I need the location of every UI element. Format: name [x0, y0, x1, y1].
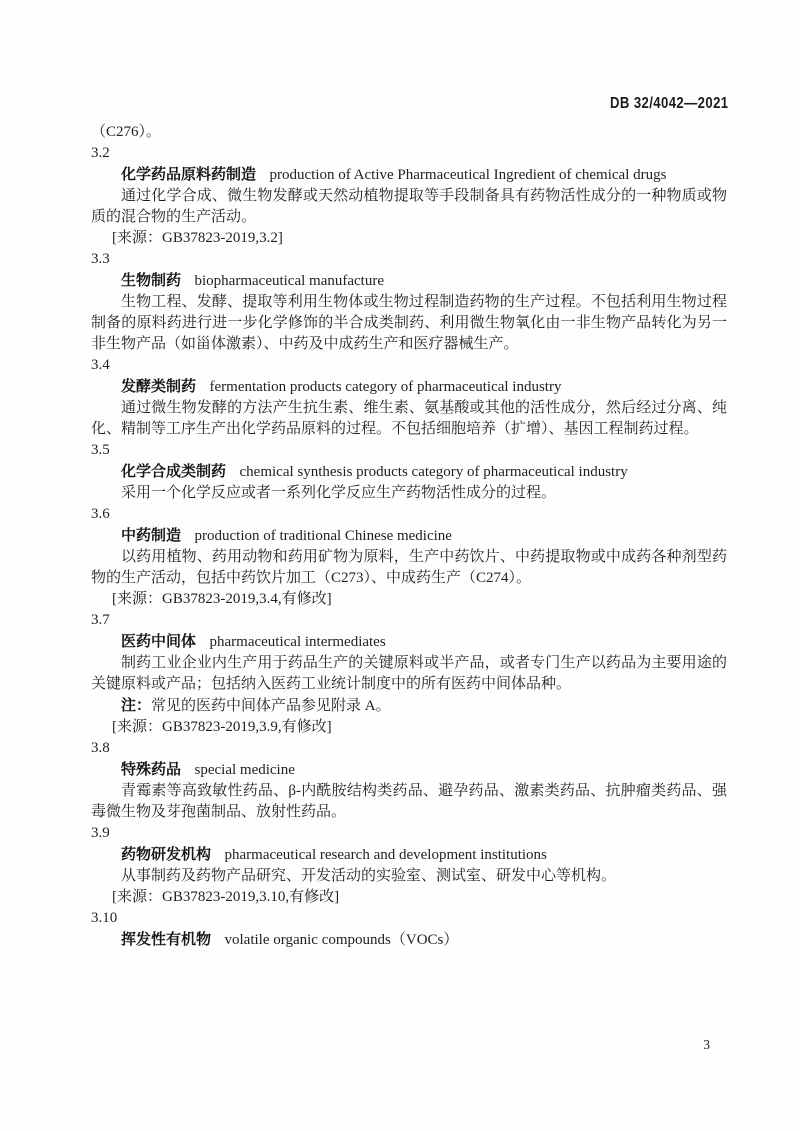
section-number: 3.4	[91, 355, 727, 376]
source-line: [来源：GB37823-2019,3.10,有修改]	[91, 887, 727, 908]
term-chinese: 中药制造	[121, 527, 181, 544]
term-section: 3.4 发酵类制药fermentation products category …	[91, 355, 727, 440]
term-english: chemical synthesis products category of …	[240, 464, 628, 480]
term-section: 3.3 生物制药biopharmaceutical manufacture 生物…	[91, 249, 727, 355]
term-chinese: 药物研发机构	[121, 846, 211, 863]
term-chinese: 化学合成类制药	[121, 463, 226, 480]
source-line: [来源：GB37823-2019,3.4,有修改]	[91, 589, 727, 610]
source-line: [来源：GB37823-2019,3.2]	[91, 228, 727, 249]
term-chinese: 特殊药品	[121, 761, 181, 778]
term-line: 挥发性有机物volatile organic compounds（VOCs）	[91, 929, 727, 951]
section-number: 3.3	[91, 249, 727, 270]
definition-paragraph: 以药用植物、药用动物和药用矿物为原料，生产中药饮片、中药提取物或中成药各种剂型药…	[91, 547, 727, 589]
section-paragraphs: 通过化学合成、微生物发酵或天然动植物提取等手段制备具有药物活性成分的一种物质或物…	[91, 186, 727, 249]
source-line: [来源：GB37823-2019,3.9,有修改]	[91, 717, 727, 738]
term-english: pharmaceutical research and development …	[225, 847, 547, 863]
term-section: 3.9 药物研发机构pharmaceutical research and de…	[91, 823, 727, 908]
term-line: 发酵类制药fermentation products category of p…	[91, 376, 727, 398]
page-content: （C276）。 3.2 化学药品原料药制造production of Activ…	[91, 122, 727, 951]
definition-paragraph: 采用一个化学反应或者一系列化学反应生产药物活性成分的过程。	[91, 483, 727, 504]
section-number: 3.10	[91, 908, 727, 929]
section-paragraphs: 通过微生物发酵的方法产生抗生素、维生素、氨基酸或其他的活性成分，然后经过分离、纯…	[91, 398, 727, 440]
term-chinese: 生物制药	[121, 272, 181, 289]
term-line: 生物制药biopharmaceutical manufacture	[91, 270, 727, 292]
term-line: 药物研发机构pharmaceutical research and develo…	[91, 844, 727, 866]
term-section: 3.10 挥发性有机物volatile organic compounds（VO…	[91, 908, 727, 951]
term-section: 3.7 医药中间体pharmaceutical intermediates 制药…	[91, 610, 727, 738]
section-number: 3.9	[91, 823, 727, 844]
definition-paragraph: 生物工程、发酵、提取等利用生物体或生物过程制造药物的生产过程。不包括利用生物过程…	[91, 292, 727, 355]
term-chinese: 化学药品原料药制造	[121, 166, 256, 183]
term-line: 化学合成类制药chemical synthesis products categ…	[91, 461, 727, 483]
section-paragraphs: 以药用植物、药用动物和药用矿物为原料，生产中药饮片、中药提取物或中成药各种剂型药…	[91, 547, 727, 610]
term-chinese: 医药中间体	[121, 633, 196, 650]
note-label: 注：	[121, 697, 151, 714]
definition-paragraph: 通过化学合成、微生物发酵或天然动植物提取等手段制备具有药物活性成分的一种物质或物…	[91, 186, 727, 228]
term-line: 医药中间体pharmaceutical intermediates	[91, 631, 727, 653]
term-line: 中药制造production of traditional Chinese me…	[91, 525, 727, 547]
standard-code-header: DB 32/4042—2021	[610, 95, 728, 113]
term-english: production of Active Pharmaceutical Ingr…	[270, 167, 667, 183]
term-line: 特殊药品special medicine	[91, 759, 727, 781]
terms-sections: 3.2 化学药品原料药制造production of Active Pharma…	[91, 143, 727, 951]
term-chinese: 挥发性有机物	[121, 931, 211, 948]
section-number: 3.8	[91, 738, 727, 759]
definition-paragraph: 制药工业企业内生产用于药品生产的关键原料或半产品，或者专门生产以药品为主要用途的…	[91, 653, 727, 695]
definition-paragraph: 从事制药及药物产品研究、开发活动的实验室、测试室、研发中心等机构。	[91, 866, 727, 887]
intro-fragment: （C276）。	[91, 122, 727, 143]
term-section: 3.5 化学合成类制药chemical synthesis products c…	[91, 440, 727, 504]
term-english: biopharmaceutical manufacture	[195, 273, 385, 289]
note-text: 常见的医药中间体产品参见附录 A。	[151, 698, 391, 714]
term-english: fermentation products category of pharma…	[210, 379, 562, 395]
section-number: 3.2	[91, 143, 727, 164]
section-paragraphs: 从事制药及药物产品研究、开发活动的实验室、测试室、研发中心等机构。[来源：GB3…	[91, 866, 727, 908]
section-paragraphs: 制药工业企业内生产用于药品生产的关键原料或半产品，或者专门生产以药品为主要用途的…	[91, 653, 727, 738]
section-paragraphs: 采用一个化学反应或者一系列化学反应生产药物活性成分的过程。	[91, 483, 727, 504]
page-number: 3	[703, 1037, 710, 1053]
term-english: special medicine	[195, 762, 295, 778]
section-paragraphs: 生物工程、发酵、提取等利用生物体或生物过程制造药物的生产过程。不包括利用生物过程…	[91, 292, 727, 355]
section-number: 3.5	[91, 440, 727, 461]
document-page: DB 32/4042—2021 （C276）。 3.2 化学药品原料药制造pro…	[0, 0, 800, 1131]
section-number: 3.6	[91, 504, 727, 525]
section-number: 3.7	[91, 610, 727, 631]
note-line: 注：常见的医药中间体产品参见附录 A。	[91, 695, 727, 717]
term-section: 3.8 特殊药品special medicine 青霉素等高致敏性药品、β-内酰…	[91, 738, 727, 823]
term-chinese: 发酵类制药	[121, 378, 196, 395]
term-english: production of traditional Chinese medici…	[195, 528, 452, 544]
term-line: 化学药品原料药制造production of Active Pharmaceut…	[91, 164, 727, 186]
term-section: 3.2 化学药品原料药制造production of Active Pharma…	[91, 143, 727, 249]
section-paragraphs: 青霉素等高致敏性药品、β-内酰胺结构类药品、避孕药品、激素类药品、抗肿瘤类药品、…	[91, 781, 727, 823]
term-section: 3.6 中药制造production of traditional Chines…	[91, 504, 727, 610]
term-english: pharmaceutical intermediates	[210, 634, 386, 650]
term-english: volatile organic compounds（VOCs）	[225, 932, 459, 948]
definition-paragraph: 青霉素等高致敏性药品、β-内酰胺结构类药品、避孕药品、激素类药品、抗肿瘤类药品、…	[91, 781, 727, 823]
definition-paragraph: 通过微生物发酵的方法产生抗生素、维生素、氨基酸或其他的活性成分，然后经过分离、纯…	[91, 398, 727, 440]
